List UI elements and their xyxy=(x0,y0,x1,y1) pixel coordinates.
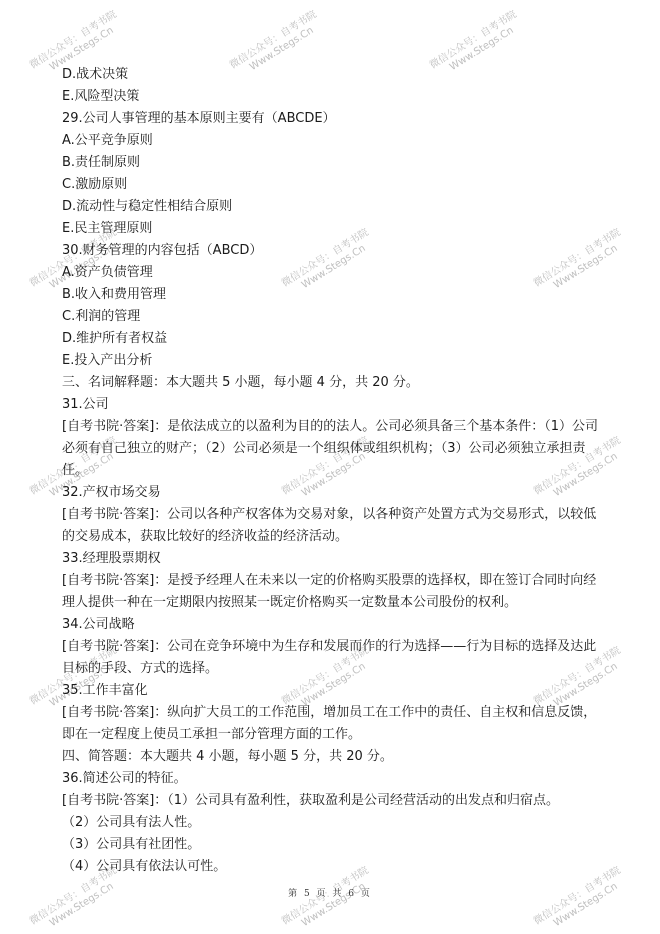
watermark-line2: Www.Stegs.Cn xyxy=(34,875,125,934)
question-32: 32.产权市场交易 xyxy=(62,482,622,504)
option-30-c: C.利润的管理 xyxy=(62,306,622,328)
answer-36-line3: （3）公司具有社团性。 xyxy=(62,834,622,856)
question-31: 31.公司 xyxy=(62,394,622,416)
answer-34-line1: [自考书院·答案]：公司在竞争环境中为生存和发展而作的行为选择——行为目标的选择… xyxy=(62,636,622,658)
document-body: D.战术决策 E.风险型决策 29.公司人事管理的基本原则主要有（ABCDE） … xyxy=(62,64,622,878)
option-29-d: D.流动性与稳定性相结合原则 xyxy=(62,196,622,218)
option-29-c: C.激励原则 xyxy=(62,174,622,196)
option-28-d: D.战术决策 xyxy=(62,64,622,86)
question-29: 29.公司人事管理的基本原则主要有（ABCDE） xyxy=(62,108,622,130)
document-page: 微信公众号：自考书院 Www.Stegs.Cn 微信公众号：自考书院 Www.S… xyxy=(0,0,660,934)
answer-32-line2: 的交易成本，获取比较好的经济收益的经济活动。 xyxy=(62,526,622,548)
answer-31-line3: 任。 xyxy=(62,460,622,482)
option-29-a: A.公平竞争原则 xyxy=(62,130,622,152)
watermark-line1: 微信公众号：自考书院 xyxy=(28,9,119,71)
watermark-line2: Www.Stegs.Cn xyxy=(538,875,629,934)
section-heading-3: 三、名词解释题：本大题共 5 小题，每小题 4 分，共 20 分。 xyxy=(62,372,622,394)
option-30-e: E.投入产出分析 xyxy=(62,350,622,372)
answer-36-line2: （2）公司具有法人性。 xyxy=(62,812,622,834)
question-35: 35.工作丰富化 xyxy=(62,680,622,702)
page-number: 第 5 页 共 6 页 xyxy=(0,886,660,899)
answer-35-line2: 即在一定程度上使员工承担一部分管理方面的工作。 xyxy=(62,724,622,746)
section-heading-4: 四、简答题：本大题共 4 小题，每小题 5 分，共 20 分。 xyxy=(62,746,622,768)
option-29-b: B.责任制原则 xyxy=(62,152,622,174)
question-30: 30.财务管理的内容包括（ABCD） xyxy=(62,240,622,262)
option-30-b: B.收入和费用管理 xyxy=(62,284,622,306)
answer-34-line2: 目标的手段、方式的选择。 xyxy=(62,658,622,680)
option-29-e: E.民主管理原则 xyxy=(62,218,622,240)
answer-31-line1: [自考书院·答案]：是依法成立的以盈利为目的的法人。公司必须具备三个基本条件：（… xyxy=(62,416,622,438)
answer-36-line1: [自考书院·答案]：（1）公司具有盈利性，获取盈利是公司经营活动的出发点和归宿点… xyxy=(62,790,622,812)
answer-32-line1: [自考书院·答案]：公司以各种产权客体为交易对象，以各种资产处置方式为交易形式，… xyxy=(62,504,622,526)
question-36: 36.简述公司的特征。 xyxy=(62,768,622,790)
answer-35-line1: [自考书院·答案]：纵向扩大员工的工作范围，增加员工在工作中的责任、自主权和信息… xyxy=(62,702,622,724)
answer-31-line2: 必须有自己独立的财产；（2）公司必须是一个组织体或组织机构；（3）公司必须独立承… xyxy=(62,438,622,460)
watermark-line2: Www.Stegs.Cn xyxy=(286,875,377,934)
answer-33-line2: 理人提供一种在一定期限内按照某一既定价格购买一定数量本公司股份的权利。 xyxy=(62,592,622,614)
answer-36-line4: （4）公司具有依法认可性。 xyxy=(62,856,622,878)
option-28-e: E.风险型决策 xyxy=(62,86,622,108)
watermark-line1: 微信公众号：自考书院 xyxy=(228,9,319,71)
question-33: 33.经理股票期权 xyxy=(62,548,622,570)
answer-33-line1: [自考书院·答案]：是授予经理人在未来以一定的价格购买股票的选择权，即在签订合同… xyxy=(62,570,622,592)
option-30-d: D.维护所有者权益 xyxy=(62,328,622,350)
question-34: 34.公司战略 xyxy=(62,614,622,636)
option-30-a: A.资产负债管理 xyxy=(62,262,622,284)
watermark-line1: 微信公众号：自考书院 xyxy=(428,9,519,71)
